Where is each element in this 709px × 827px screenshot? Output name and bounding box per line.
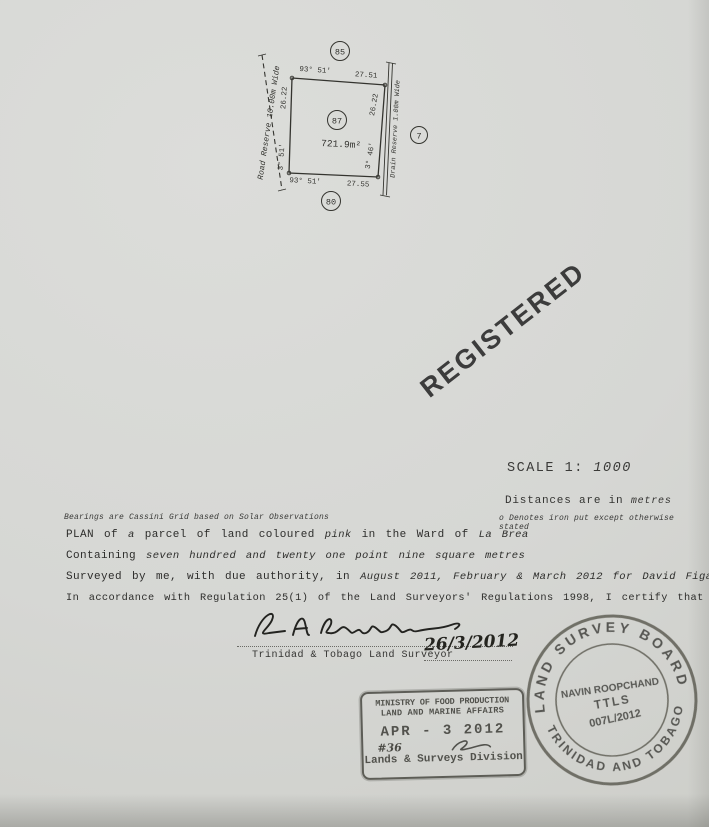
plan-article-fillin: a	[128, 529, 135, 541]
lot-number-bottom: 80	[326, 198, 336, 208]
right-bearing: 3° 46'	[364, 142, 378, 170]
containing-label: Containing	[66, 550, 136, 562]
initials-scribble	[448, 738, 494, 753]
lot-number-top: 85	[335, 48, 345, 58]
ministry-stamp-number: #36	[377, 741, 402, 755]
left-bearing: 3° 51'	[277, 143, 288, 171]
scale-value: 1000	[593, 461, 631, 476]
top-distance: 27.51	[355, 71, 379, 81]
containing-line: Containing seven hundred and twenty one …	[66, 550, 525, 562]
plan-line-text: in the Ward of	[362, 529, 469, 541]
plan-line-text: parcel of land coloured	[145, 529, 315, 541]
survey-plan-scan: 85 87 7 80 721.9m² 93° 51' 27.51 93° 51'…	[0, 0, 709, 827]
bearings-note: Bearings are Cassini Grid based on Solar…	[64, 513, 329, 522]
regulation-line: In accordance with Regulation 25(1) of t…	[66, 592, 709, 604]
bottom-bearing: 93° 51'	[289, 176, 321, 187]
left-distance: 26.22	[280, 86, 290, 109]
registered-stamp: REGISTERED	[415, 263, 584, 404]
surveyed-line: Surveyed by me, with due authority, in A…	[66, 571, 709, 583]
surveyed-dates-fillin: August 2011, February & March 2012 for D…	[360, 571, 709, 583]
plan-line-text: PLAN of	[66, 529, 118, 541]
surveyed-label: Surveyed by me, with due authority, in	[66, 571, 350, 583]
lot-number-right: 7	[416, 132, 421, 142]
plan-line: PLAN of a parcel of land coloured pink i…	[66, 529, 529, 541]
top-bearing: 93° 51'	[299, 65, 331, 76]
bottom-distance: 27.55	[347, 180, 370, 189]
plan-colour-fillin: pink	[325, 529, 352, 541]
containing-area-fillin: seven hundred and twenty one point nine …	[146, 550, 525, 562]
parcel-area: 721.9m²	[321, 138, 361, 151]
distances-note: Distances are in metres	[505, 495, 672, 507]
date-line	[424, 646, 512, 661]
parcel-diagram: 85 87 7 80 721.9m² 93° 51' 27.51 93° 51'…	[225, 25, 465, 230]
ministry-stamp-line2: LAND AND MARINE AFFAIRS	[381, 705, 504, 718]
iron-put-note: o Denotes iron put except otherwise stat…	[499, 514, 709, 532]
scale-label: SCALE 1:	[507, 461, 584, 476]
land-survey-board-stamp: LAND SURVEY BOARD TRINIDAD AND TOBAGO NA…	[502, 590, 709, 810]
distances-unit: metres	[631, 496, 672, 507]
plan-ward-fillin: La Brea	[479, 529, 529, 541]
ministry-stamp: MINISTRY OF FOOD PRODUCTION LAND AND MAR…	[360, 688, 526, 780]
lot-number-center: 87	[332, 117, 342, 127]
scale-note: SCALE 1: 1000	[507, 461, 632, 476]
right-distance: 26.22	[369, 93, 381, 117]
distances-note-text: Distances are in	[505, 495, 623, 507]
